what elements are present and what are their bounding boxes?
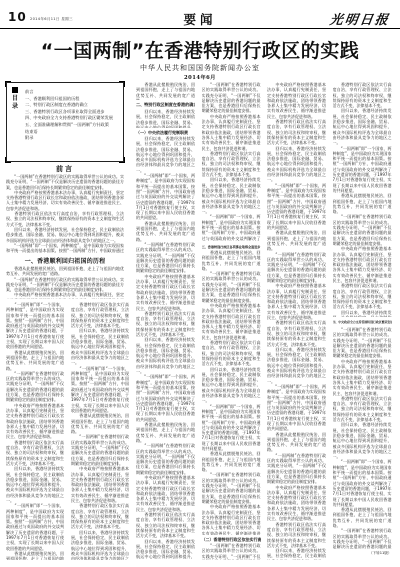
toc-label-char: 录: [10, 103, 20, 111]
toc-item: 前言: [25, 89, 121, 96]
whitepaper-date: 2014年6月: [0, 74, 400, 81]
masthead: 10 2014年6月11日 星期三 要闻 光明日报: [0, 0, 400, 28]
toc-box: 目 录 前言一、香港顺利回归祖国的历程二、特别行政区制度在香港的确立三、香港特别…: [6, 82, 124, 162]
heading-preface: 前言: [6, 164, 124, 174]
body-text-block: “一国两制”在香港特别行政区的实践取得举世公认的成功。实践充分证明，“一国两制”…: [6, 174, 124, 253]
byline-author: 中华人民共和国国务院新闻办公室: [0, 63, 400, 73]
body-text-column: 中央政府严格按照香港基本法办事，认真履行宪制责任，坚定支持香港特别行政区行政长官…: [267, 82, 326, 560]
body-text-column: 回归以来，香港经济持续发展，社会保持稳定，民主政制依法稳步推进，国际金融、贸易、…: [136, 109, 195, 128]
body-text-column: “一国两制”在香港特别行政区的实践取得举世公认的成功。实践充分证明，“一国两制”…: [333, 327, 392, 549]
toc-item: 结束语: [25, 129, 121, 136]
body-text-column: 香港从此摆脱殖民统治，回到祖国怀抱，走上了与祖国内地优势互补、共同发展的宽广道路…: [202, 250, 261, 535]
paper-logo: 光明日报: [329, 9, 392, 28]
masthead-rule: [0, 28, 400, 29]
toc-square-icon: [12, 87, 18, 93]
toc-label: 目 录: [10, 87, 20, 110]
toc-corner-icon: [119, 157, 125, 163]
body-text-column: “一国两制”在香港特别行政区的实践取得举世公认的成功。实践充分证明，“一国两制”…: [202, 82, 261, 241]
body-text-column: 香港从此摆脱殖民统治，回到祖国怀抱，走上了与祖国内地优势互补、共同发展的宽广道路…: [136, 82, 195, 100]
subheading-s4-2: （二）香港特别行政区依法实行高度自治: [202, 537, 261, 543]
heading-section-4: 四、中央政府全力支持香港特别行政区繁荣发展: [333, 320, 392, 324]
heading-section-3: 三、香港特别行政区各项事业取得全面进步: [202, 244, 261, 249]
body-text-column: “一国两制”即“一个国家，两种制度”，是中国政府为实现国家和平统一而提出的基本国…: [6, 302, 64, 560]
body-text-block: 香港从此摆脱殖民统治，回到祖国怀抱，走上了与祖国内地优势互补、共同发展的宽广道路…: [6, 266, 124, 299]
continuation-note: （下转11版）: [333, 551, 392, 556]
toc-item: 附录: [25, 135, 121, 142]
toc-item: 五、全面准确理解和贯彻“一国两制”方针政策: [25, 122, 121, 129]
toc-item-list: 前言一、香港顺利回归祖国的历程二、特别行政区制度在香港的确立三、香港特别行政区各…: [25, 89, 121, 142]
toc-corner-icon: [5, 157, 11, 163]
newspaper-page: 10 2014年6月11日 星期三 要闻 光明日报 “一国两制”在香港特别行政区…: [0, 0, 400, 567]
body-text-column: 回归以来，香港经济持续发展，社会保持稳定，民主政制依法稳步推进，国际金融、贸易、…: [136, 136, 195, 560]
toc-item: 二、特别行政区制度在香港的确立: [25, 102, 121, 109]
toc-corner-icon: [119, 81, 125, 87]
heading-section-1: 一、香港顺利回归祖国的历程: [6, 256, 124, 265]
subheading-s2-1: （一）中央依法履行宪制职责: [136, 130, 195, 136]
toc-label-char: 目: [10, 95, 20, 103]
toc-item: 四、中央政府全力支持香港特别行政区繁荣发展: [25, 115, 121, 122]
body-text-column: 香港特别行政区依法实行高度自治，享有行政管理权、立法权、独立的司法权和终审权，继…: [333, 82, 392, 317]
heading-section-2: 二、特别行政区制度在香港的确立: [136, 102, 195, 108]
body-text-column: 香港特别行政区依法实行高度自治，享有行政管理权、立法权、独立的司法权和终审权，继…: [71, 302, 129, 560]
main-headline: “一国两制”在香港特别行政区的实践: [0, 36, 400, 63]
body-text-column: “一国两制”在香港特别行政区的实践取得举世公认的成功。实践充分证明，“一国两制”…: [202, 543, 261, 560]
